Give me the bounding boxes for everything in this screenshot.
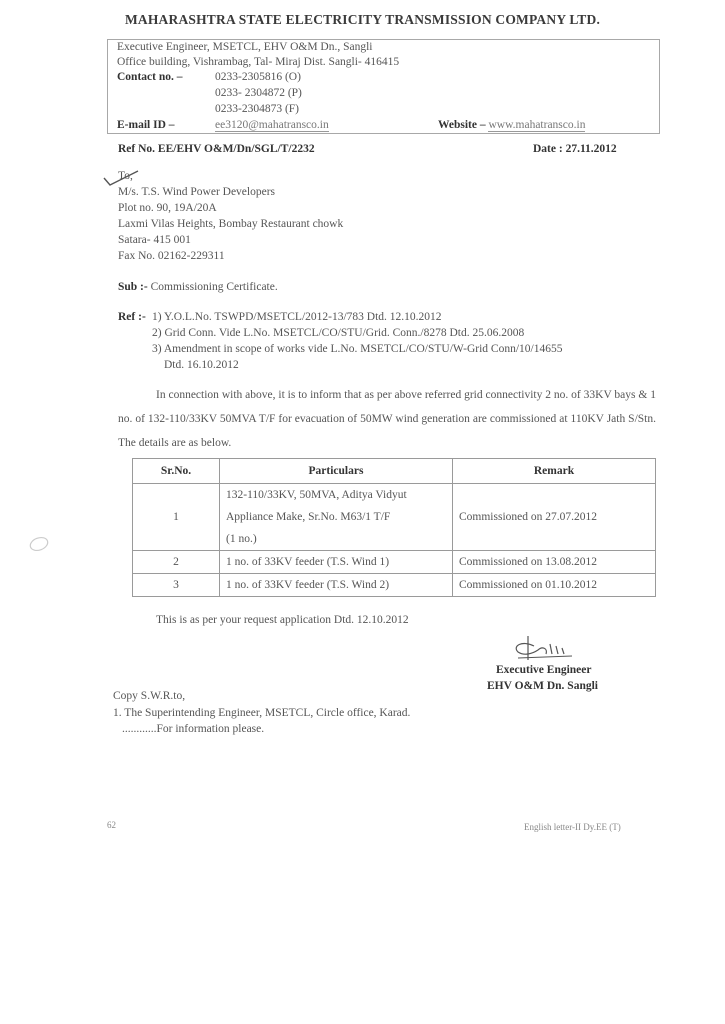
table-header-row: Sr.No. Particulars Remark: [133, 459, 656, 484]
particulars-line: 1 no. of 33KV feeder (T.S. Wind 1): [226, 551, 446, 573]
signature-icon: [508, 634, 578, 662]
cell-particulars: 1 no. of 33KV feeder (T.S. Wind 2): [220, 574, 453, 597]
references-label: Ref :-: [118, 311, 146, 323]
header-sr-no: Sr.No.: [133, 459, 220, 484]
cell-remark: Commissioned on 01.10.2012: [453, 574, 656, 597]
email-label: E-mail ID –: [117, 119, 175, 131]
cell-remark: Commissioned on 13.08.2012: [453, 551, 656, 574]
cell-remark: Commissioned on 27.07.2012: [453, 484, 656, 551]
body-paragraph-text: In connection with above, it is to infor…: [118, 389, 656, 449]
letter-date: Date : 27.11.2012: [533, 143, 617, 155]
website-row: Website – www.mahatransco.in: [438, 119, 585, 131]
company-name: MAHARASHTRA STATE ELECTRICITY TRANSMISSI…: [0, 12, 725, 28]
reference-item-3-date: Dtd. 16.10.2012: [164, 359, 239, 371]
closing-line: This is as per your request application …: [156, 614, 409, 626]
table-row: 2 1 no. of 33KV feeder (T.S. Wind 1) Com…: [133, 551, 656, 574]
copy-heading: Copy S.W.R.to,: [113, 690, 185, 702]
cell-sr: 2: [133, 551, 220, 574]
table-row: 1 132-110/33KV, 50MVA, Aditya Vidyut App…: [133, 484, 656, 551]
contact-personal: 0233- 2304872 (P): [215, 87, 302, 99]
recipient-line-4: Satara- 415 001: [118, 234, 191, 246]
copy-line-2: ............For information please.: [122, 723, 264, 735]
recipient-line-5: Fax No. 02162-229311: [118, 250, 225, 262]
reference-item-1: 1) Y.O.L.No. TSWPD/MSETCL/2012-13/783 Dt…: [152, 311, 442, 323]
cell-sr: 1: [133, 484, 220, 551]
body-paragraph: In connection with above, it is to infor…: [118, 383, 656, 455]
reference-item-2: 2) Grid Conn. Vide L.No. MSETCL/CO/STU/G…: [152, 327, 524, 339]
office-line-2: Office building, Vishrambag, Tal- Miraj …: [117, 56, 399, 68]
contact-row-1: Contact no. – 0233-2305816 (O): [117, 71, 417, 83]
subject-label: Sub :-: [118, 281, 148, 293]
page-number: 62: [107, 820, 116, 830]
cell-particulars: 1 no. of 33KV feeder (T.S. Wind 1): [220, 551, 453, 574]
reference-item-3: 3) Amendment in scope of works vide L.No…: [152, 343, 562, 355]
header-remark: Remark: [453, 459, 656, 484]
particulars-line: 132-110/33KV, 50MVA, Aditya Vidyut: [226, 484, 446, 506]
subject-line: Sub :- Commissioning Certificate.: [118, 281, 278, 293]
subject-text: Commissioning Certificate.: [151, 281, 278, 293]
recipient-to: To,: [118, 170, 133, 182]
copy-line-1: 1. The Superintending Engineer, MSETCL, …: [113, 707, 410, 719]
contact-office: 0233-2305816 (O): [215, 71, 301, 83]
reference-number: Ref No. EE/EHV O&M/Dn/SGL/T/2232: [118, 143, 315, 155]
email-row: E-mail ID – ee3120@mahatransco.in: [117, 119, 417, 131]
particulars-line: (1 no.): [226, 528, 446, 550]
recipient-line-1: M/s. T.S. Wind Power Developers: [118, 186, 275, 198]
email-link[interactable]: ee3120@mahatransco.in: [215, 119, 329, 132]
letterhead-info-box: Executive Engineer, MSETCL, EHV O&M Dn.,…: [107, 39, 660, 134]
office-line-1: Executive Engineer, MSETCL, EHV O&M Dn.,…: [117, 41, 373, 53]
contact-label: Contact no. –: [117, 71, 183, 83]
signatory-title: Executive Engineer: [496, 664, 592, 676]
cell-particulars: 132-110/33KV, 50MVA, Aditya Vidyut Appli…: [220, 484, 453, 551]
header-particulars: Particulars: [220, 459, 453, 484]
particulars-line: 1 no. of 33KV feeder (T.S. Wind 2): [226, 574, 446, 596]
signatory-office: EHV O&M Dn. Sangli: [487, 680, 598, 692]
website-label: Website –: [438, 119, 486, 131]
recipient-line-3: Laxmi Vilas Heights, Bombay Restaurant c…: [118, 218, 343, 230]
recipient-line-2: Plot no. 90, 19A/20A: [118, 202, 217, 214]
footer-label: English letter-II Dy.EE (T): [524, 822, 621, 832]
commissioning-details-table: Sr.No. Particulars Remark 1 132-110/33KV…: [132, 458, 656, 597]
website-link[interactable]: www.mahatransco.in: [488, 119, 585, 132]
table-row: 3 1 no. of 33KV feeder (T.S. Wind 2) Com…: [133, 574, 656, 597]
particulars-line: Appliance Make, Sr.No. M63/1 T/F: [226, 506, 446, 528]
contact-fax: 0233-2304873 (F): [215, 103, 299, 115]
cell-sr: 3: [133, 574, 220, 597]
scan-mark-icon: [27, 534, 51, 554]
